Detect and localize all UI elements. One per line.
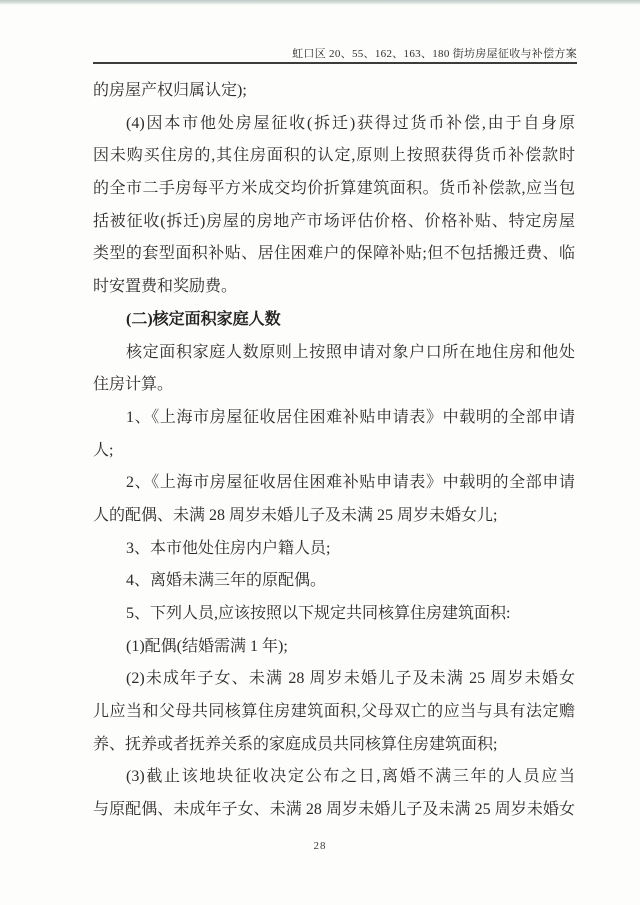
page-header: 虹口区 20、55、162、163、180 街坊房屋征收与补偿方案 bbox=[93, 45, 577, 61]
body-line: (1)配偶(结婚需满 1 年); bbox=[93, 631, 575, 664]
body-line: 人; bbox=[93, 435, 575, 468]
body-line: 4、离婚未满三年的原配偶。 bbox=[93, 565, 575, 598]
section-heading: (二)核定面积家庭人数 bbox=[93, 304, 575, 337]
body-line: (2)未成年子女、未满 28 周岁未婚儿子及未满 25 周岁未婚女 bbox=[93, 663, 575, 696]
header-title: 虹口区 20、55、162、163、180 街坊房屋征收与补偿方案 bbox=[292, 48, 577, 60]
body-line: 住房计算。 bbox=[93, 369, 575, 402]
body-line: 核定面积家庭人数原则上按照申请对象户口所在地住房和他处 bbox=[93, 337, 575, 370]
body-line: 5、下列人员,应该按照以下规定共同核算住房建筑面积: bbox=[93, 598, 575, 631]
page-number: 28 bbox=[314, 840, 327, 852]
body-line: 3、本市他处住房内户籍人员; bbox=[93, 533, 575, 566]
document-body: 的房屋产权归属认定);(4)因本市他处房屋征收(拆迁)获得过货币补偿,由于自身原… bbox=[93, 75, 575, 827]
body-line: 养、抚养或者抚养关系的家庭成员共同核算住房建筑面积; bbox=[93, 729, 575, 762]
body-line: 因未购买住房的,其住房面积的认定,原则上按照获得货币补偿款时 bbox=[93, 140, 575, 173]
body-line: 1、《上海市房屋征收居住困难补贴申请表》中载明的全部申请 bbox=[93, 402, 575, 435]
body-line: 与原配偶、未成年子女、未满 28 周岁未婚儿子及未满 25 周岁未婚女 bbox=[93, 794, 575, 827]
body-line: 儿应当和父母共同核算住房建筑面积,父母双亡的应当与具有法定赡 bbox=[93, 696, 575, 729]
body-line: 的房屋产权归属认定); bbox=[93, 75, 575, 108]
body-line: 类型的套型面积补贴、居住困难户的保障补贴;但不包括搬迁费、临 bbox=[93, 238, 575, 271]
page-footer: 28 bbox=[0, 840, 640, 852]
scan-edge bbox=[0, 0, 640, 5]
body-line: 括被征收(拆迁)房屋的房地产市场评估价格、价格补贴、特定房屋 bbox=[93, 206, 575, 239]
body-line: 2、《上海市房屋征收居住困难补贴申请表》中载明的全部申请 bbox=[93, 467, 575, 500]
body-line: (3)截止该地块征收决定公布之日,离婚不满三年的人员应当 bbox=[93, 761, 575, 794]
body-line: (4)因本市他处房屋征收(拆迁)获得过货币补偿,由于自身原 bbox=[93, 108, 575, 141]
body-line: 人的配偶、未满 28 周岁未婚儿子及未满 25 周岁未婚女儿; bbox=[93, 500, 575, 533]
body-line: 时安置费和奖励费。 bbox=[93, 271, 575, 304]
header-rule bbox=[93, 62, 577, 64]
document-page: 虹口区 20、55、162、163、180 街坊房屋征收与补偿方案 的房屋产权归… bbox=[0, 0, 640, 905]
body-line: 的全市二手房每平方米成交均价折算建筑面积。货币补偿款,应当包 bbox=[93, 173, 575, 206]
